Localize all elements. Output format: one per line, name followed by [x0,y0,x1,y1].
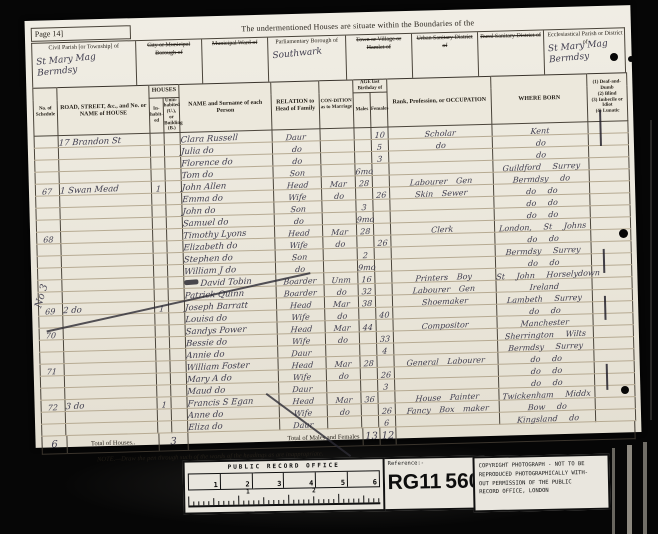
cell-inf [595,397,635,410]
cell-inf [593,325,633,338]
cell-f-value: 26 [381,370,392,379]
cell-m [357,235,374,247]
cell-inhab-value: 1 [161,400,167,409]
cell-f: 5 [371,139,388,151]
cell-sched-value: 67 [42,187,53,196]
cell-m-value: 38 [362,299,373,308]
cell-cond: Mar [321,176,355,189]
header-field-0: Civil Parish [or Township] ofSt Mary Mag… [32,41,137,88]
reference-series: RG11 [387,470,441,495]
cell-inhab [150,133,164,145]
cell-f-value: 40 [379,310,390,319]
cell-cond-value: do [337,312,347,321]
cell-f: 3 [378,379,395,391]
ruler-inch-number: 1 [246,488,250,495]
cell-name-value: Samuel do [183,217,229,229]
col-header-born: WHERE BORN [491,74,588,124]
cell-rel-value: Wife [293,372,312,382]
col-header-males: Males [353,92,371,128]
header-field-label: Municipal Ward of [202,40,267,49]
col-header-inhabited: In-habit-ed [149,97,164,133]
col-header-uninhabited: Unin-habited (U.), or Building (B.) [163,97,180,133]
cell-cond [327,416,361,429]
reference-value: RG11 560 [388,468,480,496]
ruler-tick [253,500,254,504]
cell-f [375,283,392,295]
pro-ruler-stamp: PUBLIC RECORD OFFICE 123456 12 [183,457,386,515]
cell-f: 26 [372,187,389,199]
cell-uninhab [169,312,185,324]
cell-rel-value: Head [288,228,310,238]
cell-inhab [156,361,170,373]
cell-inhab [154,289,168,301]
cell-rel-value: Head [290,324,312,334]
scan-streak [643,442,647,534]
cell-m [355,151,372,163]
cell-rel-value: Son [290,205,306,215]
cell-inf [591,253,631,266]
cell-inhab [151,169,165,181]
cell-cond-value: do [335,240,345,249]
cell-m [359,307,376,319]
cell-inhab [150,145,164,157]
ruler-tick [303,500,304,504]
ruler-tick [353,499,354,503]
cell-f-value: 26 [381,406,392,415]
header-field-handwriting: St Mary Mag Bermdsy [548,39,610,66]
cell-inf [594,373,634,386]
reference-stamp: Reference:- RG11 560 [385,455,486,511]
cell-cond: Mar [325,320,359,333]
ruler-tick [238,496,239,505]
cell-inhab [156,373,170,385]
cell-f: 4 [377,343,394,355]
cell-occ-value: do [435,141,445,150]
cell-inhab [153,241,167,253]
cell-cond [320,128,354,141]
census-form-page: Page 14] The undermentioned Houses are s… [25,5,642,448]
cell-rel-value: Daur [286,132,307,142]
cm-segment: 6 [348,471,379,487]
col-header-age: AGE last Birthday of [353,79,387,92]
ruler-tick [283,500,284,504]
cell-name-value: Emma do [182,194,223,206]
cell-m: 9mo [357,259,374,271]
cell-name-value: Tom do [181,170,213,181]
col-header-females: Females [370,92,388,128]
cell-name-value: Eliza do [188,422,223,434]
cell-rel-value: do [293,217,303,226]
ruler-tick [263,497,264,504]
cell-m [355,187,372,199]
cell-sched [34,148,58,161]
ruler-tick [243,501,244,505]
cell-cond: Mar [324,296,358,309]
cell-m-value: 28 [363,359,374,368]
cell-cond-value: Mar [335,395,352,405]
cell-cond: do [323,236,357,249]
cell-cond: do [322,188,356,201]
cell-cond: Mar [326,356,360,369]
header-field-label: Urban Sanitary District of [412,34,477,51]
cell-inhab [157,409,171,421]
cell-inhab [156,349,170,361]
cell-born-value: do do [526,210,558,220]
ruler-tick [233,501,234,505]
cell-sched [36,208,60,221]
cell-f-value: 26 [376,190,387,199]
cell-born-value: do do [530,366,562,376]
cell-sched [35,172,59,185]
cell-m [354,139,371,151]
cell-cond-value: do [339,408,349,417]
cell-inf [592,277,632,290]
cell-cond-value: Unm [331,275,351,285]
ruler-tick [323,499,324,503]
cell-born-value: do [535,138,545,147]
cell-inf [595,409,635,422]
cell-name-value: John Allen [182,181,227,193]
cell-m [359,331,376,343]
cell-m-value: 44 [362,323,373,332]
header-field-label: Town or Village or Hamlet of [346,36,411,53]
cell-inf [593,301,633,314]
ruler-tick [358,499,359,503]
cell-m: 2 [357,247,374,259]
inch-ruler: 12 [188,488,380,507]
cell-m: 44 [359,319,376,331]
header-field-5: Urban Sanitary District of [412,32,479,78]
cell-cond: Mar [327,392,361,405]
cell-inf [590,193,630,206]
col-header-relation: RELATION to Head of Family [271,81,320,130]
scan-dot [610,53,618,61]
cell-rel-value: Head [291,360,313,370]
ruler-tick [348,499,349,503]
col-header-road: ROAD, STREET, &c., and No. or NAME of HO… [57,85,150,135]
ruler-tick [363,495,364,502]
col-header-houses: HOUSES [149,84,179,97]
cell-rel-value: Daur [291,348,312,358]
scan-streak [627,445,632,534]
cell-cond-value: do [333,192,343,201]
cell-sched: 67 [35,184,59,197]
ruler-tick [268,500,269,504]
header-field-label: Rural Sanitary District of [478,32,543,41]
cell-m-value: 28 [359,179,370,188]
header-field-4: Town or Village or Hamlet of [346,34,413,80]
cell-inf [594,349,634,362]
cell-m: 6mo [355,163,372,175]
cm-segment: 4 [284,472,316,488]
cell-sched [35,160,59,173]
ruler-tick [318,499,319,503]
ruler-tick [273,500,274,504]
cell-f [374,259,391,271]
cell-sched [41,412,65,425]
cell-cond-value: do [336,288,346,297]
cell-uninhab [169,336,185,348]
cell-name-value: Louisa do [185,313,227,325]
cm-segment: 5 [316,472,348,488]
cell-f: 26 [377,367,394,379]
cell-m-value: 9mo [357,215,375,225]
col-header-schedule: No. of Schedule [33,88,58,137]
cell-cond [321,164,355,177]
cell-rel-value: Head [286,180,308,190]
header-field-handwriting: Southwark [272,47,322,63]
reference-label: Reference:- [388,459,480,467]
cell-inf [595,385,635,398]
cell-cond: do [325,332,359,345]
ruler-tick [223,501,224,505]
cell-sched [40,376,64,389]
cell-f: 10 [371,127,388,139]
cell-name-value: Maud do [187,386,226,398]
ruler-tick [193,501,194,505]
cell-inf [589,181,629,194]
cell-born-value: Ireland [529,282,559,292]
cell-f [372,163,389,175]
cell-sched [36,196,60,209]
cell-born-value: do do [528,258,560,268]
cell-uninhab [166,192,182,204]
ruler-tick [203,501,204,505]
cell-cond-value: Mar [334,359,351,369]
cell-rel-value: Son [289,169,305,179]
scratched-out-word [184,279,198,285]
cell-m: 28 [355,175,372,187]
ruler-tick [278,500,279,504]
cell-cond [326,344,360,357]
cell-sched [39,316,63,329]
cell-uninhab [169,324,185,336]
cell-cond-value: Mar [330,179,347,189]
cell-m [360,367,377,379]
scan-streak [650,120,652,420]
header-field-1: City or Municipal Borough of [136,39,203,85]
cell-m-value: 9mo [358,263,376,273]
ruler-tick [298,500,299,504]
cell-sched [36,220,60,233]
cell-inf [588,133,628,146]
cell-f-value: 3 [383,383,389,392]
ruler-tick [338,494,339,503]
cell-road-value: 2 do [63,305,82,316]
cell-born-value: do do [531,378,563,388]
cell-cond-value: do [338,372,348,381]
ruler-tick [248,500,249,504]
cell-inf [588,145,628,158]
cell-cond [323,260,357,273]
ruler-tick [228,501,229,505]
cell-uninhab [165,180,181,192]
cell-inhab [153,253,167,265]
cell-sched [37,256,61,269]
ruler-tick [213,498,214,505]
cell-cond: do [326,368,360,381]
cell-sched: 72 [41,400,65,413]
cell-sched: 71 [40,364,64,377]
ruler-tick [313,496,314,503]
cell-name-value: Mary A do [187,373,232,385]
total-schedules-value: 6 [51,439,58,450]
cell-m-value: 6mo [355,167,373,177]
scan-dot [628,56,634,62]
cell-f-value: 5 [377,143,383,152]
cell-uninhab [170,372,186,384]
ruler-tick [288,495,289,504]
cell-born-value: do do [526,186,558,196]
cell-cond [320,140,354,153]
cell-inhab: 1 [157,397,171,409]
cell-f [377,355,394,367]
header-field-6: Rural Sanitary District of [478,30,545,76]
header-field-2: Municipal Ward of [202,38,269,84]
cell-f: 3 [372,151,389,163]
cell-rel-value: Head [292,396,314,406]
cell-m: 36 [361,391,378,403]
cell-f-value: 3 [377,155,383,164]
cell-occ-value: Clerk [431,225,454,235]
cell-m-value: 32 [361,287,372,296]
cell-cond [322,212,356,225]
cell-rel-value: Wife [288,193,307,203]
cell-inf [589,169,629,182]
cell-m [354,127,371,139]
cell-born-value: do do [527,234,559,244]
cell-road-value: 3 do [65,401,84,412]
scan-dot [621,386,629,394]
cell-f [375,271,392,283]
cell-f [375,295,392,307]
header-field-handwriting: St Mary Mag Bermdsy [36,52,98,79]
cell-m: 3 [356,199,373,211]
ruler-tick [258,500,259,504]
cell-sched-value: 69 [45,307,56,316]
cell-f [373,211,390,223]
cell-sched [39,340,63,353]
cell-m [361,403,378,415]
cell-rel-value: Daur [292,384,313,394]
cell-rel-value: Wife [292,336,311,346]
cell-uninhab [171,408,187,420]
cell-inf [594,337,634,350]
cell-f [378,391,395,403]
cell-inhab [157,385,171,397]
cell-born-value: do do [526,198,558,208]
cell-f-value: 6 [384,419,390,428]
cell-f [373,223,390,235]
cell-m-value: 2 [363,251,369,260]
cell-inf [588,121,628,134]
ruler-tick [378,498,379,502]
cell-inf [589,157,629,170]
cell-inhab [152,217,166,229]
cell-uninhab [166,216,182,228]
cell-cond: do [325,308,359,321]
cm-segment: 3 [252,473,284,489]
cell-cond [322,200,356,213]
cell-f-value: 33 [380,334,391,343]
ruler-tick [208,501,209,505]
ruler-tick [328,499,329,503]
ruler-tick [343,499,344,503]
cell-uninhab [167,264,183,276]
cell-inhab [154,277,168,289]
cell-inhab [153,229,167,241]
cell-m-value: 28 [360,227,371,236]
cell-cond: do [324,284,358,297]
ruler-tick [218,501,219,505]
cell-occ-value: Scholar [424,128,456,138]
cell-inf [592,289,632,302]
cell-cond [321,152,355,165]
cell-cond-value: Mar [333,299,350,309]
cell-rel-value: Head [289,300,311,310]
header-field-label: City or Municipal Borough of [136,41,201,58]
cell-cond: do [327,404,361,417]
cell-uninhab [167,228,183,240]
cell-uninhab [168,276,184,288]
cell-f [373,199,390,211]
cell-uninhab [164,132,180,144]
cell-f-value: 10 [374,131,385,140]
cell-uninhab [168,288,184,300]
cell-m [361,415,378,427]
cm-segment: 2 [221,473,253,489]
cm-ruler: 123456 [188,470,380,490]
cell-m-value: 16 [361,275,372,284]
cell-cond: Mar [322,224,356,237]
cell-inf [590,205,630,218]
cell-inhab [151,157,165,169]
cell-born-value: do do [530,354,562,364]
cell-uninhab [170,348,186,360]
cell-cond [327,380,361,393]
cell-inhab-value: 1 [156,184,162,193]
cell-inf [591,241,631,254]
cell-uninhab [170,360,186,372]
col-header-occupation: Rank, Profession, or OCCUPATION [387,76,492,127]
cell-rel-value: do [292,157,302,166]
cell-f: 26 [374,235,391,247]
scan-dot [619,229,628,238]
ruler-tick [188,497,189,506]
cell-rel-value: Son [291,253,307,263]
cell-m [360,343,377,355]
cell-name-value: Julia do [181,146,214,157]
cell-name-value: John do [182,206,215,217]
cell-f [372,175,389,187]
cell-born-value: do do [529,306,561,316]
cell-m: 16 [358,271,375,283]
cell-rel-value: Wife [291,312,310,322]
cell-uninhab [172,420,188,432]
copyright-stamp: COPYRIGHT PHOTOGRAPH - NOT TO BE REPRODU… [472,454,610,513]
ruler-tick [198,501,199,505]
cell-inhab [155,337,169,349]
cell-m-value: 36 [364,395,375,404]
cell-f [376,319,393,331]
cell-sched [37,268,61,281]
ruler-tick [373,498,374,502]
census-table: No. of Schedule ROAD, STREET, &c., and N… [32,72,636,436]
cell-cond: Unm [324,272,358,285]
cell-inhab [153,265,167,277]
cell-inf [594,361,634,374]
cell-inhab [158,421,172,433]
